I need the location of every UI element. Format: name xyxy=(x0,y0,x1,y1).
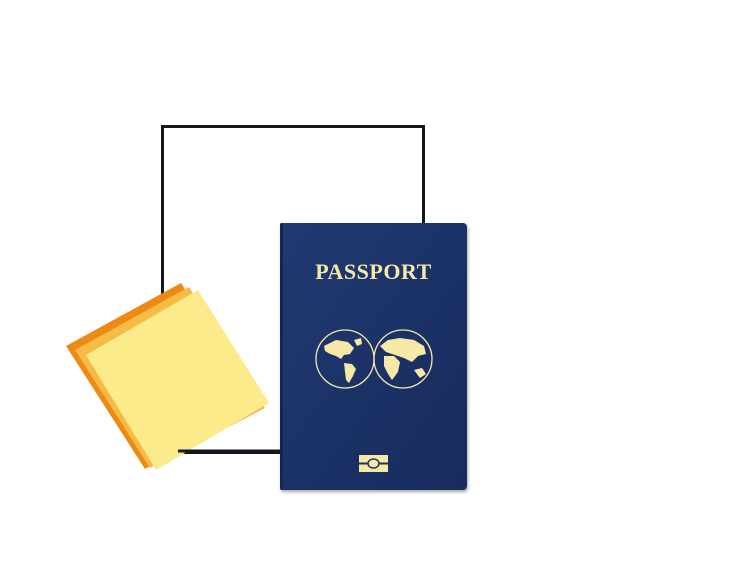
sticky-note-front xyxy=(86,290,269,470)
passport: PASSPORT xyxy=(280,223,467,490)
passport-title: PASSPORT xyxy=(280,259,467,285)
globe-hemispheres-icon xyxy=(314,328,434,390)
biometric-chip-icon xyxy=(359,455,388,472)
